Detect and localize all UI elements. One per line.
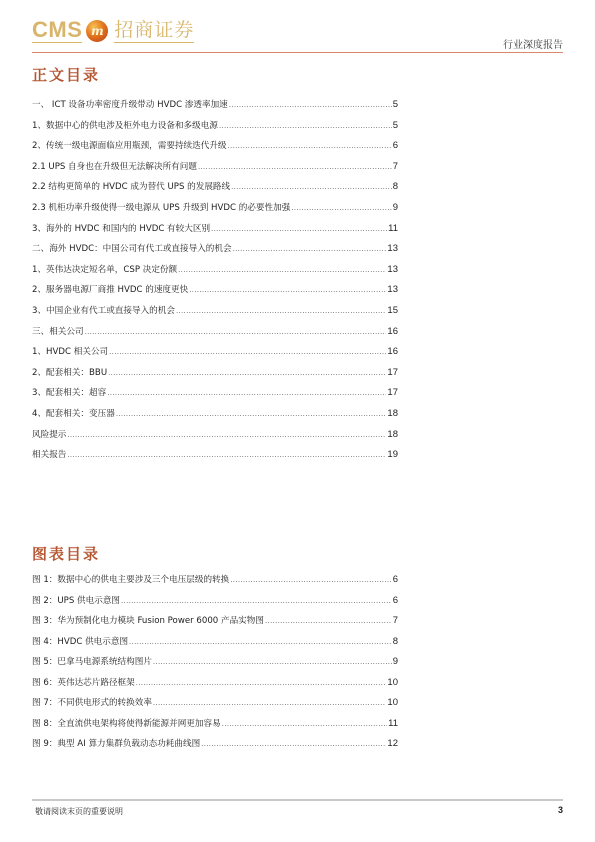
toc-entry-label: 2.1 UPS 自身也在升级但无法解决所有问题 — [32, 160, 197, 172]
toc-entry-label: 风险提示 — [32, 428, 66, 440]
dot-leader — [231, 183, 392, 191]
figure-entry-page: 10 — [387, 697, 398, 708]
toc-entry-label: 1、英伟达决定短名单，CSP 决定份额 — [32, 263, 177, 275]
toc-entry-label: 1、数据中心的供电涉及柜外电力设备和多级电源 — [32, 119, 218, 131]
figure-entry[interactable]: 图 2：UPS 供电示意图6 — [32, 594, 398, 615]
figure-entry[interactable]: 图 1：数据中心的供电主要涉及三个电压层级的转换6 — [32, 573, 398, 594]
toc-entry[interactable]: 风险提示18 — [32, 428, 398, 449]
toc-entry-page: 18 — [387, 408, 398, 419]
toc-entry[interactable]: 2、配套相关：BBU17 — [32, 366, 398, 387]
toc-entry[interactable]: 3、配套相关：超容17 — [32, 386, 398, 407]
dot-leader — [109, 348, 386, 356]
dot-leader — [67, 451, 386, 459]
page-header: CMS m 招商证券 行业深度报告 — [32, 14, 563, 54]
figure-entry-page: 9 — [393, 656, 398, 667]
dot-leader — [121, 597, 392, 605]
dot-leader — [211, 225, 387, 233]
toc-entry-label: 2.3 机柜功率升级使得一级电源从 UPS 升级到 HVDC 的必要性加强 — [32, 201, 290, 213]
toc-entry-page: 6 — [393, 140, 398, 151]
dot-leader — [176, 307, 386, 315]
figure-entry-page: 6 — [393, 574, 398, 585]
footer-divider — [32, 799, 563, 801]
page-number: 3 — [558, 805, 563, 815]
report-type-label: 行业深度报告 — [503, 36, 563, 51]
toc-entry[interactable]: 2、传统一级电源面临应用瓶颈，需要持续迭代升级6 — [32, 139, 398, 160]
toc-entry[interactable]: 2.1 UPS 自身也在升级但无法解决所有问题7 — [32, 160, 398, 181]
toc-entry-page: 18 — [387, 429, 398, 440]
figure-entry-label: 图 9：典型 AI 算力集群负载动态功耗曲线图 — [32, 737, 200, 749]
dot-leader — [129, 638, 392, 646]
figure-entry[interactable]: 图 3：华为预制化电力模块 Fusion Power 6000 产品实物图7 — [32, 614, 398, 635]
toc-entry[interactable]: 3、海外的 HVDC 和国内的 HVDC 有较大区别11 — [32, 222, 398, 243]
figure-entry-page: 11 — [388, 718, 398, 729]
toc-entry-label: 三、相关公司 — [32, 325, 84, 337]
toc-entry-page: 16 — [387, 346, 398, 357]
toc-entry-page: 15 — [387, 305, 398, 316]
toc-entry-page: 13 — [387, 264, 398, 275]
toc-entry-page: 13 — [387, 243, 398, 254]
figure-entry-page: 10 — [387, 677, 398, 688]
figure-entry[interactable]: 图 4：HVDC 供电示意图8 — [32, 635, 398, 656]
toc-list: 一、 ICT 设备功率密度升级带动 HVDC 渗透率加速51、数据中心的供电涉及… — [32, 98, 398, 469]
toc-entry[interactable]: 1、数据中心的供电涉及柜外电力设备和多级电源5 — [32, 119, 398, 140]
toc-entry-page: 13 — [387, 284, 398, 295]
figure-entry[interactable]: 图 7：不同供电形式的转换效率10 — [32, 696, 398, 717]
toc-entry-page: 11 — [388, 223, 398, 234]
figure-entry-label: 图 2：UPS 供电示意图 — [32, 594, 120, 606]
dot-leader — [201, 740, 386, 748]
dot-leader — [107, 389, 386, 397]
figures-title: 图表目录 — [32, 543, 100, 564]
toc-entry-label: 相关报告 — [32, 448, 66, 460]
toc-entry[interactable]: 三、相关公司16 — [32, 325, 398, 346]
toc-entry-page: 17 — [387, 387, 398, 398]
disclaimer-note: 敬请阅读末页的重要说明 — [35, 806, 123, 817]
dot-leader — [136, 679, 387, 687]
dot-leader — [219, 122, 392, 130]
toc-entry-label: 3、配套相关：超容 — [32, 386, 106, 398]
figure-entry-page: 7 — [393, 615, 398, 626]
figure-entry-page: 8 — [393, 636, 398, 647]
toc-entry-label: 一、 ICT 设备功率密度升级带动 HVDC 渗透率加速 — [32, 98, 228, 110]
logo-badge-icon: m — [86, 20, 108, 42]
toc-entry-label: 1、HVDC 相关公司 — [32, 345, 108, 357]
dot-leader — [233, 245, 387, 253]
toc-entry[interactable]: 2.3 机柜功率升级使得一级电源从 UPS 升级到 HVDC 的必要性加强9 — [32, 201, 398, 222]
toc-entry[interactable]: 4、配套相关：变压器18 — [32, 407, 398, 428]
cms-logo: CMS m 招商证券 — [32, 18, 194, 43]
toc-entry-label: 2、配套相关：BBU — [32, 366, 107, 378]
toc-entry-label: 3、中国企业有代工或直接导入的机会 — [32, 304, 175, 316]
figure-entry-label: 图 4：HVDC 供电示意图 — [32, 635, 128, 647]
dot-leader — [265, 617, 392, 625]
toc-entry[interactable]: 1、HVDC 相关公司16 — [32, 345, 398, 366]
figure-entry-page: 12 — [387, 738, 398, 749]
toc-entry-page: 16 — [387, 326, 398, 337]
toc-entry[interactable]: 2.2 结构更简单的 HVDC 成为替代 UPS 的发展路线8 — [32, 180, 398, 201]
toc-entry-page: 8 — [393, 181, 398, 192]
toc-entry-page: 5 — [393, 120, 398, 131]
dot-leader — [153, 699, 387, 707]
figures-list: 图 1：数据中心的供电主要涉及三个电压层级的转换6图 2：UPS 供电示意图6图… — [32, 573, 398, 758]
toc-entry-page: 19 — [387, 449, 398, 460]
toc-entry-label: 二、海外 HVDC：中国公司有代工或直接导入的机会 — [32, 242, 232, 254]
dot-leader — [67, 431, 386, 439]
dot-leader — [178, 266, 386, 274]
toc-entry-label: 2、服务器电源厂商推 HVDC 的速度更快 — [32, 283, 188, 295]
figure-entry[interactable]: 图 6：英伟达芯片路径框架10 — [32, 676, 398, 697]
toc-entry-label: 4、配套相关：变压器 — [32, 407, 115, 419]
dot-leader — [228, 142, 392, 150]
toc-entry[interactable]: 3、中国企业有代工或直接导入的机会15 — [32, 304, 398, 325]
toc-entry[interactable]: 二、海外 HVDC：中国公司有代工或直接导入的机会13 — [32, 242, 398, 263]
dot-leader — [189, 286, 386, 294]
header-divider — [32, 52, 563, 53]
dot-leader — [291, 204, 391, 212]
figure-entry-label: 图 8：全直流供电架构将使得新能源并网更加容易 — [32, 717, 221, 729]
figure-entry-label: 图 5：巴拿马电源系统结构图片 — [32, 655, 152, 667]
dot-leader — [229, 101, 392, 109]
figure-entry[interactable]: 图 5：巴拿马电源系统结构图片9 — [32, 655, 398, 676]
toc-entry-page: 9 — [393, 202, 398, 213]
dot-leader — [198, 163, 392, 171]
figure-entry[interactable]: 图 8：全直流供电架构将使得新能源并网更加容易11 — [32, 717, 398, 738]
toc-entry-label: 3、海外的 HVDC 和国内的 HVDC 有较大区别 — [32, 222, 210, 234]
dot-leader — [85, 328, 387, 336]
toc-entry-page: 5 — [393, 99, 398, 110]
dot-leader — [230, 576, 391, 584]
toc-entry-label: 2.2 结构更简单的 HVDC 成为替代 UPS 的发展路线 — [32, 180, 230, 192]
toc-entry-page: 7 — [393, 161, 398, 172]
toc-entry-label: 2、传统一级电源面临应用瓶颈，需要持续迭代升级 — [32, 139, 227, 151]
logo-latin-text: CMS — [32, 18, 82, 43]
figure-entry[interactable]: 图 9：典型 AI 算力集群负载动态功耗曲线图12 — [32, 737, 398, 758]
toc-entry[interactable]: 2、服务器电源厂商推 HVDC 的速度更快13 — [32, 283, 398, 304]
dot-leader — [116, 410, 387, 418]
toc-entry[interactable]: 1、英伟达决定短名单，CSP 决定份额13 — [32, 263, 398, 284]
logo-chinese-text: 招商证券 — [114, 18, 194, 43]
dot-leader — [153, 658, 392, 666]
dot-leader — [108, 369, 386, 377]
toc-entry[interactable]: 相关报告19 — [32, 448, 398, 469]
figure-entry-label: 图 7：不同供电形式的转换效率 — [32, 696, 152, 708]
toc-entry[interactable]: 一、 ICT 设备功率密度升级带动 HVDC 渗透率加速5 — [32, 98, 398, 119]
figure-entry-label: 图 3：华为预制化电力模块 Fusion Power 6000 产品实物图 — [32, 614, 264, 626]
figure-entry-label: 图 6：英伟达芯片路径框架 — [32, 676, 135, 688]
figure-entry-page: 6 — [393, 595, 398, 606]
dot-leader — [222, 720, 387, 728]
toc-title: 正文目录 — [32, 64, 100, 85]
toc-entry-page: 17 — [387, 367, 398, 378]
figure-entry-label: 图 1：数据中心的供电主要涉及三个电压层级的转换 — [32, 573, 229, 585]
